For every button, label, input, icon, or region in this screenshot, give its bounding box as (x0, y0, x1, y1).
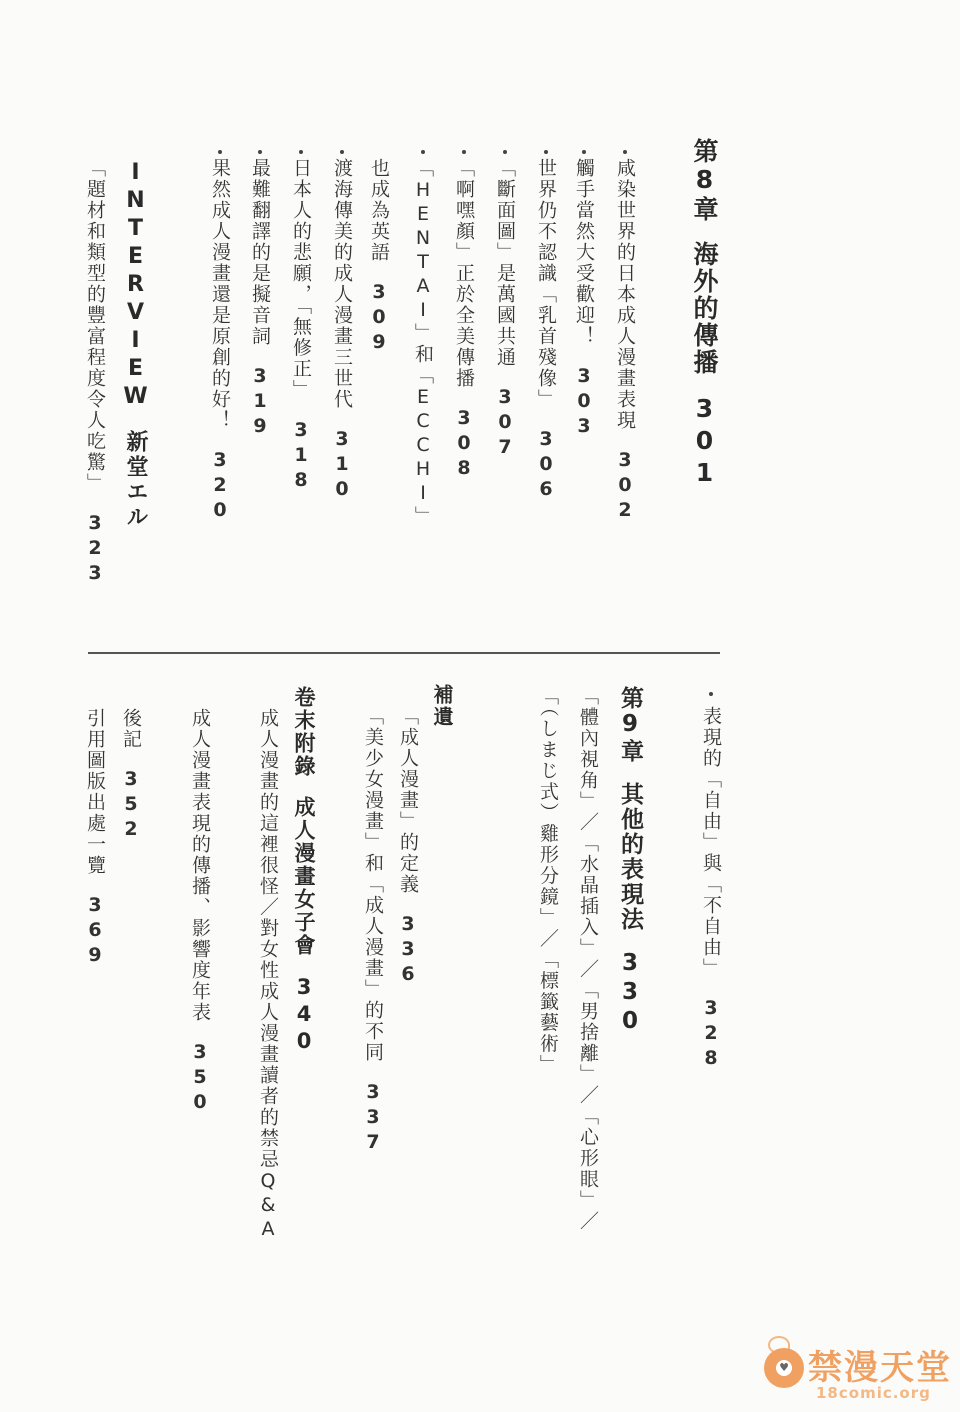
toc-entry[interactable]: 世界仍不認識「乳首殘像」306 (536, 158, 555, 503)
toc-entry[interactable]: 成人漫畫表現的傳播、影響度年表350 (190, 708, 209, 1116)
appendix-heading[interactable]: 卷末附錄成人漫畫女子會340 (293, 686, 314, 1056)
toc-entry[interactable]: 最難翻譯的是擬音詞319 (250, 158, 269, 440)
toc-entry-credits[interactable]: 引用圖版出處一覽369 (85, 708, 104, 969)
appendix-subtitle: 成人漫畫的這裡很怪／對女性成人漫畫讀者的禁忌Q&A (258, 708, 277, 1242)
chapter9-topics-line2: 「（しまじ式）雞形分鏡」／「標籤藝術」 (538, 686, 557, 1076)
toc-entry[interactable]: 「斷面圖」是萬國共通307 (495, 158, 514, 461)
chapter-title: 海外的傳播 (690, 241, 719, 376)
page-number: 330 (618, 950, 641, 1037)
toc-entry[interactable]: 「成人漫畫」的定義336 (398, 706, 417, 988)
toc-entry[interactable]: 日本人的悲願，「無修正」318 (291, 158, 310, 494)
chapter-label: 第9章 (617, 686, 643, 764)
chapter-title: 其他的表現法 (617, 782, 643, 932)
toc-entry[interactable]: 「HENTAI」和「ECCHI」 (413, 158, 432, 527)
appendix-label: 卷末附錄 (292, 686, 316, 778)
appendix-title: 成人漫畫女子會 (292, 796, 316, 957)
supplement-heading[interactable]: 補遺 (432, 684, 452, 728)
bullet (462, 150, 466, 154)
toc-entry[interactable]: 果然成人漫畫還是原創的好！320 (210, 158, 229, 524)
interview-label: INTERVIEW (123, 160, 148, 412)
bullet (340, 150, 344, 154)
chapter-label: 第8章 (690, 138, 719, 223)
toc-entry[interactable]: 咸染世界的日本成人漫畫表現302 (615, 158, 634, 524)
bullet (503, 150, 507, 154)
heart-icon: ♥ (776, 1360, 792, 1376)
toc-entry[interactable]: 表現的「自由」與「不自由」328 (701, 706, 720, 1072)
interview-quote[interactable]: 「題材和類型的豐富程度令人吃驚」323 (85, 158, 104, 587)
bullet (709, 692, 713, 696)
chapter8-heading: 第8章海外的傳播301 (692, 138, 717, 490)
toc-entry[interactable]: 渡海傳美的成人漫畫三世代310 (332, 158, 351, 503)
interview-heading[interactable]: INTERVIEW新堂エル (124, 160, 146, 530)
bullet (218, 150, 222, 154)
watermark: ♥ 禁漫天堂 18comic.org (764, 1336, 954, 1408)
toc-entry-continued[interactable]: 也成為英語309 (369, 158, 388, 356)
page-number: 301 (692, 394, 717, 490)
interviewee-name: 新堂エル (123, 430, 148, 530)
toc-entry-afterword[interactable]: 後記352 (121, 708, 140, 843)
toc-entry[interactable]: 「美少女漫畫」和「成人漫畫」的不同337 (363, 706, 382, 1156)
bullet (258, 150, 262, 154)
bullet (623, 150, 627, 154)
toc-entry[interactable]: 觸手當然大受歡迎！303 (574, 158, 593, 440)
bullet (421, 150, 425, 154)
chapter9-topics-line1: 「體內視角」／「水晶插入」／「男捨離」／「心形眼」／ (578, 686, 597, 1232)
bullet (544, 150, 548, 154)
watermark-title: 禁漫天堂 (808, 1340, 952, 1389)
chapter9-heading[interactable]: 第9章其他的表現法330 (618, 686, 641, 1037)
bullet (299, 150, 303, 154)
bullet (582, 150, 586, 154)
section-divider (88, 652, 720, 654)
toc-entry[interactable]: 「啊嘿顏」正於全美傳播308 (454, 158, 473, 482)
watermark-url: 18comic.org (816, 1384, 931, 1402)
